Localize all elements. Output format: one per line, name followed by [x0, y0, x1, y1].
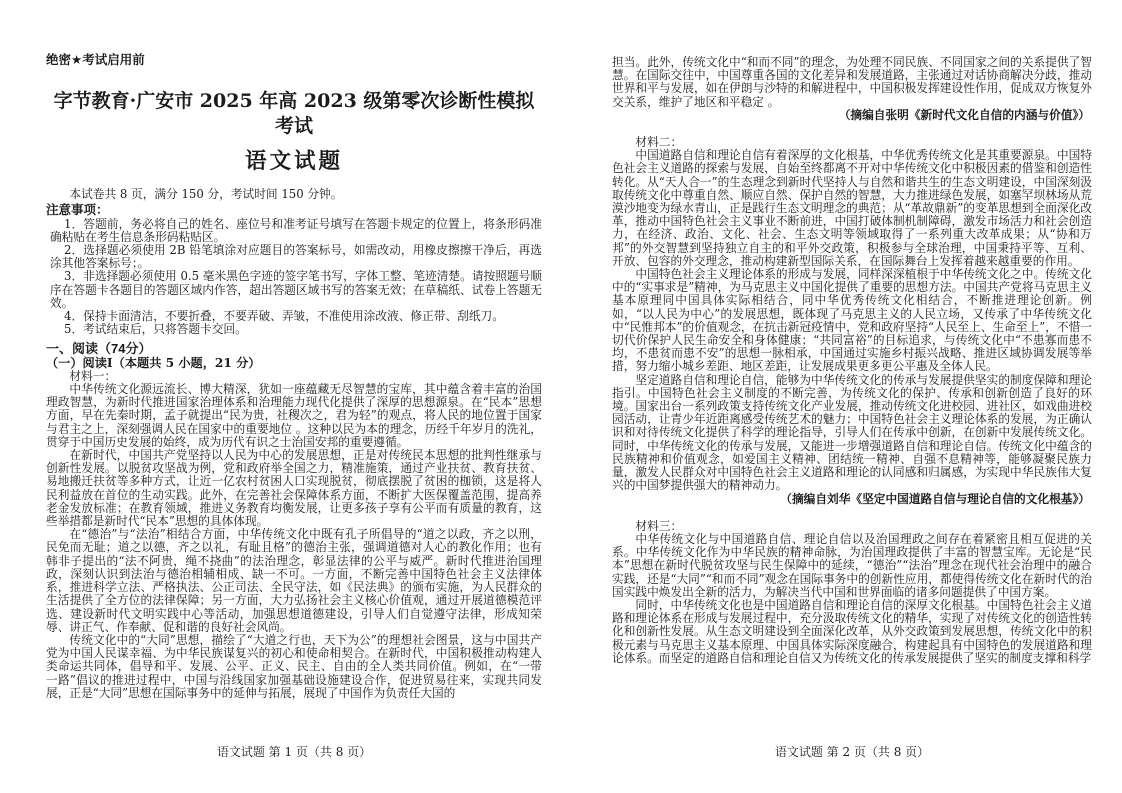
notice-item-2: 2．选择题必须使用 2B 铅笔填涂对应题目的答案标号，如需改动，用橡皮擦擦干净后… [50, 244, 542, 270]
notice-item-1: 1．答题前，务必将自己的姓名、座位号和准考证号填写在答题卡规定的位置上，将条形码… [50, 218, 542, 244]
notice-item-3: 3．非选择题必须使用 0.5 毫米黑色字迹的签字笔书写，字体工整、笔迹清楚。请按… [50, 270, 542, 310]
material-1-attribution: （摘编自张明《新时代文化自信的内涵与价值》） [612, 109, 1092, 122]
material-2-attribution: （摘编自刘华《坚定中国道路自信与理论自信的文化根基》） [612, 493, 1092, 506]
section-heading-reading: 一、阅读（74分） [46, 342, 542, 355]
notice-heading: 注意事项： [46, 204, 542, 217]
exam-paper-scan: 绝密★考试启用前 字节教育·广安市 2025 年高 2023 级第零次诊断性模拟… [0, 0, 1122, 793]
page-2-footer: 语文试题 第 2 页（共 8 页） [612, 746, 1092, 759]
page-1: 绝密★考试启用前 字节教育·广安市 2025 年高 2023 级第零次诊断性模拟… [46, 0, 542, 793]
material-3-label: 材料三： [612, 520, 1092, 533]
material-1-paragraph: 在新时代，中国共产党坚持以人民为中心的发展思想，正是对传统民本思想的批判性继承与… [46, 449, 542, 528]
material-1-paragraph: 中华传统文化源远流长、博大精深，犹如一座蕴藏无尽智慧的宝库，其中蕴含着丰富的治国… [46, 383, 542, 449]
page-1-footer: 语文试题 第 1 页（共 8 页） [46, 746, 542, 759]
material-2-paragraph: 坚定道路自信和理论自信，能够为中华传统文化的传承与发展提供坚实的制度保障和理论指… [612, 374, 1092, 493]
material-3-paragraph: 同时，中华传统文化也是中国道路自信和理论自信的深厚文化根基。中国特色社会主义道路… [612, 599, 1092, 665]
material-2-paragraph: 中国特色社会主义理论体系的形成与发展，同样深深植根于中华传统文化之中。传统文化中… [612, 268, 1092, 374]
exam-title: 字节教育·广安市 2025 年高 2023 级第零次诊断性模拟考试 [46, 89, 542, 139]
exam-info: 本试卷共 8 页，满分 150 分，考试时间 150 分钟。 [46, 188, 542, 201]
subsection-heading-reading-1: （一）阅读Ⅰ（本题共 5 小题，21 分） [46, 357, 542, 370]
material-1-paragraph: 在“德治”与“法治”相结合方面，中华传统文化中既有孔子所倡导的“道之以政，齐之以… [46, 528, 542, 634]
subject-title: 语文试题 [46, 148, 542, 175]
notice-item-5: 5．考试结束后，只将答题卡交回。 [50, 323, 542, 336]
classification-banner: 绝密★考试启用前 [46, 54, 542, 67]
page-2: 担当。此外，传统文化中“和而不同”的理念，为处理不同民族、不同国家之间的关系提供… [612, 0, 1092, 793]
material-1-continuation: 担当。此外，传统文化中“和而不同”的理念，为处理不同民族、不同国家之间的关系提供… [612, 56, 1092, 109]
material-3-paragraph: 中华传统文化与中国道路自信、理论自信以及治国理政之间存在着紧密且相互促进的关系。… [612, 533, 1092, 599]
material-2-paragraph: 中国道路自信和理论自信有着深厚的文化根基，中华优秀传统文化是其重要源泉。中国特色… [612, 149, 1092, 268]
material-1-paragraph: 传统文化中的“大同”思想，描绘了“大道之行也，天下为公”的理想社会图景，这与中国… [46, 634, 542, 700]
